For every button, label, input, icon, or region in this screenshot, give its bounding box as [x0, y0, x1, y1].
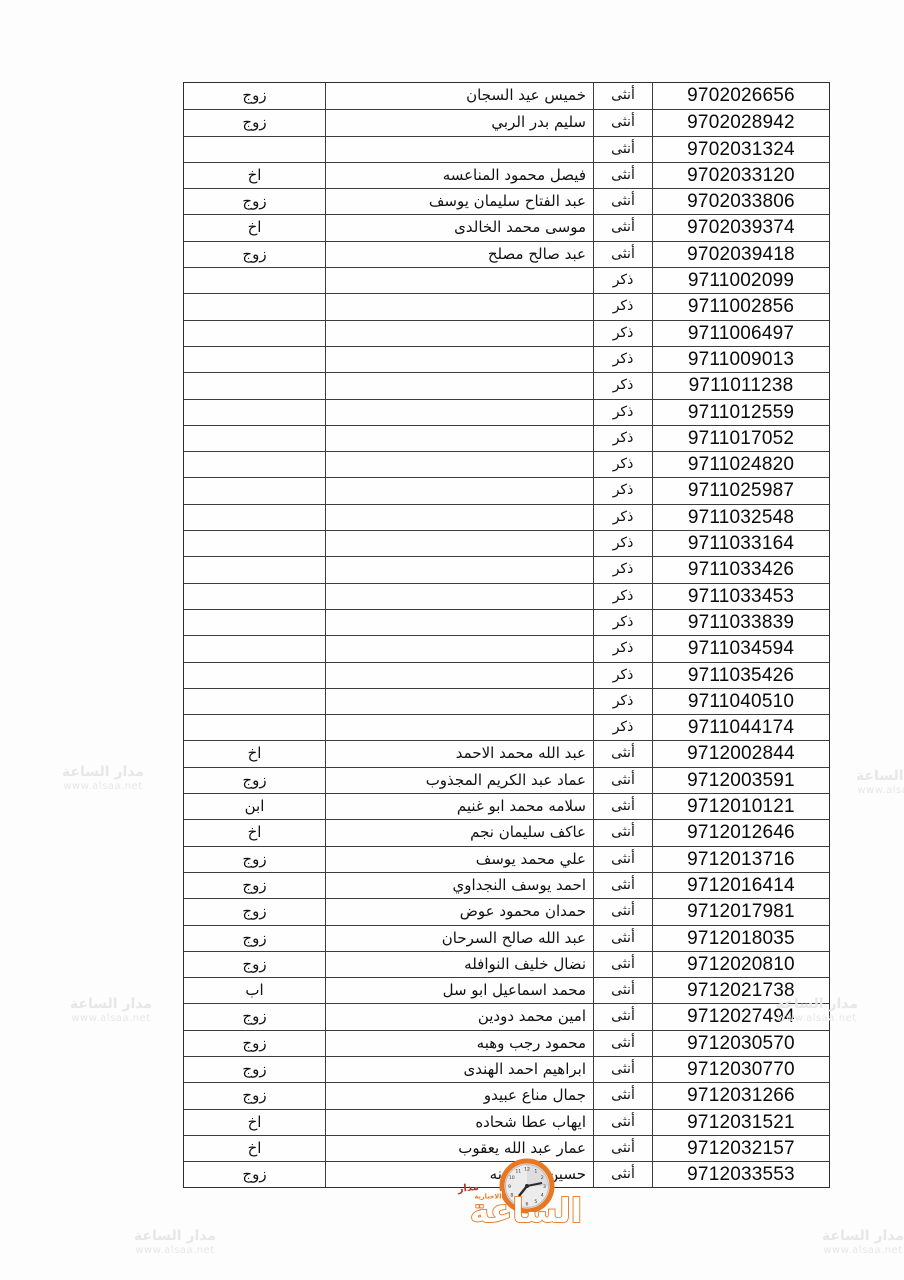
- name-cell: [325, 715, 593, 740]
- watermark-brand: مدار الساعة: [100, 1228, 250, 1244]
- gender-cell: أنثى: [593, 83, 652, 109]
- gender-cell: أنثى: [593, 189, 652, 214]
- table-row: زوج عبد الله صالح السرحان أنثى 971201803…: [184, 925, 829, 951]
- relation-cell: [184, 426, 325, 451]
- national-number-cell: 9711035426: [652, 663, 829, 688]
- national-number-cell: 9702028942: [652, 110, 829, 135]
- name-cell: [325, 663, 593, 688]
- national-number-cell: 9711033453: [652, 584, 829, 609]
- national-number-cell: 9711009013: [652, 347, 829, 372]
- national-number-cell: 9711006497: [652, 321, 829, 346]
- watermark: مدار الساعة www.alsaa.net: [28, 764, 178, 793]
- gender-cell: ذكر: [593, 610, 652, 635]
- table-row: ذكر 9711033839: [184, 609, 829, 635]
- national-number-cell: 9711012559: [652, 400, 829, 425]
- name-cell: محمد اسماعيل ابو سل: [325, 978, 593, 1003]
- relation-cell: [184, 137, 325, 162]
- table-row: ذكر 9711002856: [184, 293, 829, 319]
- name-cell: [325, 584, 593, 609]
- relation-cell: زوج: [184, 1031, 325, 1056]
- relation-cell: زوج: [184, 952, 325, 977]
- gender-cell: أنثى: [593, 1083, 652, 1108]
- table-row: ذكر 9711017052: [184, 425, 829, 451]
- national-number-cell: 9712013716: [652, 847, 829, 872]
- national-number-cell: 9712033553: [652, 1162, 829, 1187]
- table-row: زوج علي محمد يوسف أنثى 9712013716: [184, 846, 829, 872]
- svg-text:10: 10: [509, 1175, 515, 1181]
- table-row: زوج سليم بدر الربي أنثى 9702028942: [184, 109, 829, 135]
- table-row: اخ عبد الله محمد الاحمد أنثى 9712002844: [184, 740, 829, 766]
- relation-cell: اخ: [184, 1136, 325, 1161]
- table-row: ذكر 9711040510: [184, 688, 829, 714]
- gender-cell: ذكر: [593, 689, 652, 714]
- name-cell: عبد صالح مصلح: [325, 242, 593, 267]
- relation-cell: [184, 347, 325, 372]
- gender-cell: أنثى: [593, 242, 652, 267]
- gender-cell: ذكر: [593, 347, 652, 372]
- name-cell: نضال خليف النوافله: [325, 952, 593, 977]
- table-row: ذكر 9711033426: [184, 556, 829, 582]
- table-row: ذكر 9711002099: [184, 267, 829, 293]
- name-cell: موسى محمد الخالدى: [325, 215, 593, 240]
- name-cell: [325, 426, 593, 451]
- national-number-cell: 9712017981: [652, 899, 829, 924]
- relation-cell: [184, 478, 325, 503]
- national-number-cell: 9702039418: [652, 242, 829, 267]
- table-row: زوج عبد الفتاح سليمان يوسف أنثى 97020338…: [184, 188, 829, 214]
- table-row: أنثى 9702031324: [184, 136, 829, 162]
- relation-cell: اخ: [184, 741, 325, 766]
- name-cell: سلامه محمد ابو غنيم: [325, 794, 593, 819]
- gender-cell: أنثى: [593, 1162, 652, 1187]
- gender-cell: أنثى: [593, 1057, 652, 1082]
- relation-cell: [184, 294, 325, 319]
- records-table: زوج خميس عيد السجان أنثى 9702026656 زوج …: [183, 82, 830, 1188]
- relation-cell: زوج: [184, 1004, 325, 1029]
- logo-brand-large: الساعة: [470, 1191, 582, 1230]
- scanned-document-page: مدار الساعة www.alsaa.net مدار الساعة ww…: [0, 0, 904, 1280]
- alsaa-logo: 123456789101112 مدار الاخبارية الساعة: [450, 1152, 595, 1234]
- table-row: ذكر 9711034594: [184, 635, 829, 661]
- national-number-cell: 9712030770: [652, 1057, 829, 1082]
- gender-cell: أنثى: [593, 847, 652, 872]
- relation-cell: اخ: [184, 820, 325, 845]
- national-number-cell: 9711017052: [652, 426, 829, 451]
- name-cell: خميس عيد السجان: [325, 83, 593, 109]
- gender-cell: ذكر: [593, 636, 652, 661]
- national-number-cell: 9711025987: [652, 478, 829, 503]
- name-cell: سليم بدر الربي: [325, 110, 593, 135]
- gender-cell: ذكر: [593, 294, 652, 319]
- gender-cell: ذكر: [593, 268, 652, 293]
- gender-cell: ذكر: [593, 478, 652, 503]
- name-cell: [325, 321, 593, 346]
- table-row: زوج امين محمد دودين أنثى 9712027494: [184, 1003, 829, 1029]
- gender-cell: ذكر: [593, 531, 652, 556]
- name-cell: امين محمد دودين: [325, 1004, 593, 1029]
- gender-cell: أنثى: [593, 741, 652, 766]
- national-number-cell: 9712002844: [652, 741, 829, 766]
- name-cell: [325, 610, 593, 635]
- gender-cell: ذكر: [593, 584, 652, 609]
- relation-cell: [184, 531, 325, 556]
- name-cell: عبد الله محمد الاحمد: [325, 741, 593, 766]
- name-cell: [325, 452, 593, 477]
- gender-cell: ذكر: [593, 321, 652, 346]
- national-number-cell: 9702026656: [652, 83, 829, 109]
- gender-cell: ذكر: [593, 505, 652, 530]
- name-cell: جمال مناع عبيدو: [325, 1083, 593, 1108]
- gender-cell: أنثى: [593, 978, 652, 1003]
- relation-cell: زوج: [184, 926, 325, 951]
- national-number-cell: 9711040510: [652, 689, 829, 714]
- name-cell: عبد الفتاح سليمان يوسف: [325, 189, 593, 214]
- name-cell: عماد عبد الكريم المجذوب: [325, 768, 593, 793]
- gender-cell: أنثى: [593, 1110, 652, 1135]
- table-row: زوج محمود رجب وهبه أنثى 9712030570: [184, 1030, 829, 1056]
- national-number-cell: 9712030570: [652, 1031, 829, 1056]
- name-cell: [325, 137, 593, 162]
- relation-cell: زوج: [184, 847, 325, 872]
- relation-cell: [184, 715, 325, 740]
- watermark: مدار الساعة www.alsaa.net: [822, 768, 904, 797]
- table-row: ذكر 9711012559: [184, 399, 829, 425]
- name-cell: [325, 478, 593, 503]
- gender-cell: ذكر: [593, 452, 652, 477]
- table-row: زوج ابراهيم احمد الهندى أنثى 9712030770: [184, 1056, 829, 1082]
- gender-cell: ذكر: [593, 663, 652, 688]
- national-number-cell: 9711002099: [652, 268, 829, 293]
- svg-text:1: 1: [534, 1169, 537, 1175]
- national-number-cell: 9711034594: [652, 636, 829, 661]
- name-cell: حمدان محمود عوض: [325, 899, 593, 924]
- relation-cell: زوج: [184, 189, 325, 214]
- name-cell: [325, 294, 593, 319]
- national-number-cell: 9711024820: [652, 452, 829, 477]
- relation-cell: اخ: [184, 163, 325, 188]
- name-cell: [325, 557, 593, 582]
- relation-cell: زوج: [184, 83, 325, 109]
- relation-cell: اب: [184, 978, 325, 1003]
- national-number-cell: 9712012646: [652, 820, 829, 845]
- watermark: مدار الساعة www.alsaa.net: [36, 996, 186, 1025]
- relation-cell: زوج: [184, 1083, 325, 1108]
- relation-cell: [184, 557, 325, 582]
- national-number-cell: 9712027494: [652, 1004, 829, 1029]
- name-cell: [325, 531, 593, 556]
- national-number-cell: 9711033164: [652, 531, 829, 556]
- table-row: زوج نضال خليف النوافله أنثى 9712020810: [184, 951, 829, 977]
- clock-logo-icon: 123456789101112 مدار الاخبارية الساعة: [450, 1152, 595, 1230]
- relation-cell: اخ: [184, 215, 325, 240]
- gender-cell: ذكر: [593, 426, 652, 451]
- relation-cell: زوج: [184, 1162, 325, 1187]
- watermark: مدار الساعة www.alsaa.net: [100, 1228, 250, 1257]
- relation-cell: [184, 584, 325, 609]
- svg-text:12: 12: [524, 1166, 530, 1172]
- national-number-cell: 9712021738: [652, 978, 829, 1003]
- watermark-url: www.alsaa.net: [28, 780, 178, 793]
- name-cell: [325, 373, 593, 398]
- name-cell: ايهاب عطا شحاده: [325, 1110, 593, 1135]
- gender-cell: أنثى: [593, 1031, 652, 1056]
- name-cell: محمود رجب وهبه: [325, 1031, 593, 1056]
- national-number-cell: 9712031521: [652, 1110, 829, 1135]
- national-number-cell: 9712010121: [652, 794, 829, 819]
- name-cell: [325, 347, 593, 372]
- table-row: اخ فيصل محمود المناعسه أنثى 9702033120: [184, 162, 829, 188]
- national-number-cell: 9712031266: [652, 1083, 829, 1108]
- gender-cell: أنثى: [593, 110, 652, 135]
- watermark-brand: مدار الساعة: [36, 996, 186, 1012]
- table-row: ذكر 9711024820: [184, 451, 829, 477]
- national-number-cell: 9702033806: [652, 189, 829, 214]
- watermark-url: www.alsaa.net: [100, 1244, 250, 1257]
- table-row: زوج عماد عبد الكريم المجذوب أنثى 9712003…: [184, 767, 829, 793]
- gender-cell: أنثى: [593, 873, 652, 898]
- gender-cell: أنثى: [593, 899, 652, 924]
- relation-cell: اخ: [184, 1110, 325, 1135]
- svg-text:2: 2: [541, 1175, 544, 1181]
- table-row: ذكر 9711033453: [184, 583, 829, 609]
- table-row: ذكر 9711032548: [184, 504, 829, 530]
- national-number-cell: 9712003591: [652, 768, 829, 793]
- national-number-cell: 9702039374: [652, 215, 829, 240]
- watermark-url: www.alsaa.net: [36, 1012, 186, 1025]
- table-row: ذكر 9711006497: [184, 320, 829, 346]
- table-row: زوج خميس عيد السجان أنثى 9702026656: [184, 83, 829, 109]
- relation-cell: [184, 268, 325, 293]
- watermark-brand: مدار الساعة: [822, 768, 904, 784]
- relation-cell: ابن: [184, 794, 325, 819]
- gender-cell: أنثى: [593, 820, 652, 845]
- relation-cell: زوج: [184, 873, 325, 898]
- name-cell: علي محمد يوسف: [325, 847, 593, 872]
- national-number-cell: 9711032548: [652, 505, 829, 530]
- watermark-brand: مدار الساعة: [788, 1228, 904, 1244]
- relation-cell: [184, 400, 325, 425]
- national-number-cell: 9711044174: [652, 715, 829, 740]
- table-row: ذكر 9711044174: [184, 714, 829, 740]
- gender-cell: ذكر: [593, 373, 652, 398]
- watermark-url: www.alsaa.net: [788, 1244, 904, 1257]
- gender-cell: أنثى: [593, 1136, 652, 1161]
- relation-cell: زوج: [184, 1057, 325, 1082]
- relation-cell: [184, 610, 325, 635]
- name-cell: [325, 689, 593, 714]
- relation-cell: [184, 505, 325, 530]
- national-number-cell: 9711011238: [652, 373, 829, 398]
- gender-cell: ذكر: [593, 400, 652, 425]
- gender-cell: أنثى: [593, 1004, 652, 1029]
- svg-text:9: 9: [508, 1184, 511, 1190]
- gender-cell: أنثى: [593, 952, 652, 977]
- national-number-cell: 9711002856: [652, 294, 829, 319]
- gender-cell: أنثى: [593, 794, 652, 819]
- svg-text:11: 11: [515, 1169, 521, 1175]
- name-cell: عاكف سليمان نجم: [325, 820, 593, 845]
- relation-cell: [184, 636, 325, 661]
- relation-cell: [184, 689, 325, 714]
- name-cell: [325, 268, 593, 293]
- gender-cell: ذكر: [593, 715, 652, 740]
- table-row: ذكر 9711033164: [184, 530, 829, 556]
- national-number-cell: 9712018035: [652, 926, 829, 951]
- relation-cell: زوج: [184, 242, 325, 267]
- table-row: ذكر 9711011238: [184, 372, 829, 398]
- watermark: مدار الساعة www.alsaa.net: [788, 1228, 904, 1257]
- name-cell: [325, 636, 593, 661]
- relation-cell: زوج: [184, 768, 325, 793]
- table-row: ذكر 9711035426: [184, 662, 829, 688]
- table-row: زوج عبد صالح مصلح أنثى 9702039418: [184, 241, 829, 267]
- gender-cell: أنثى: [593, 163, 652, 188]
- national-number-cell: 9712032157: [652, 1136, 829, 1161]
- table-row: اخ موسى محمد الخالدى أنثى 9702039374: [184, 214, 829, 240]
- national-number-cell: 9712020810: [652, 952, 829, 977]
- table-row: ابن سلامه محمد ابو غنيم أنثى 9712010121: [184, 793, 829, 819]
- table-row: اخ عاكف سليمان نجم أنثى 9712012646: [184, 819, 829, 845]
- gender-cell: ذكر: [593, 557, 652, 582]
- relation-cell: [184, 452, 325, 477]
- national-number-cell: 9702031324: [652, 137, 829, 162]
- national-number-cell: 9712016414: [652, 873, 829, 898]
- watermark-url: www.alsaa.net: [822, 784, 904, 797]
- name-cell: احمد يوسف النجداوي: [325, 873, 593, 898]
- name-cell: [325, 400, 593, 425]
- table-row: زوج حمدان محمود عوض أنثى 9712017981: [184, 898, 829, 924]
- national-number-cell: 9711033426: [652, 557, 829, 582]
- name-cell: فيصل محمود المناعسه: [325, 163, 593, 188]
- table-row: ذكر 9711009013: [184, 346, 829, 372]
- table-row: زوج جمال مناع عبيدو أنثى 9712031266: [184, 1082, 829, 1108]
- table-row: زوج احمد يوسف النجداوي أنثى 9712016414: [184, 872, 829, 898]
- name-cell: ابراهيم احمد الهندى: [325, 1057, 593, 1082]
- table-row: اب محمد اسماعيل ابو سل أنثى 9712021738: [184, 977, 829, 1003]
- table-row: ذكر 9711025987: [184, 477, 829, 503]
- relation-cell: زوج: [184, 899, 325, 924]
- gender-cell: أنثى: [593, 768, 652, 793]
- table-row: اخ ايهاب عطا شحاده أنثى 9712031521: [184, 1109, 829, 1135]
- relation-cell: [184, 663, 325, 688]
- relation-cell: [184, 321, 325, 346]
- watermark-brand: مدار الساعة: [28, 764, 178, 780]
- relation-cell: [184, 373, 325, 398]
- relation-cell: زوج: [184, 110, 325, 135]
- national-number-cell: 9711033839: [652, 610, 829, 635]
- name-cell: [325, 505, 593, 530]
- svg-text:3: 3: [543, 1184, 546, 1190]
- gender-cell: أنثى: [593, 926, 652, 951]
- gender-cell: أنثى: [593, 215, 652, 240]
- gender-cell: أنثى: [593, 137, 652, 162]
- national-number-cell: 9702033120: [652, 163, 829, 188]
- name-cell: عبد الله صالح السرحان: [325, 926, 593, 951]
